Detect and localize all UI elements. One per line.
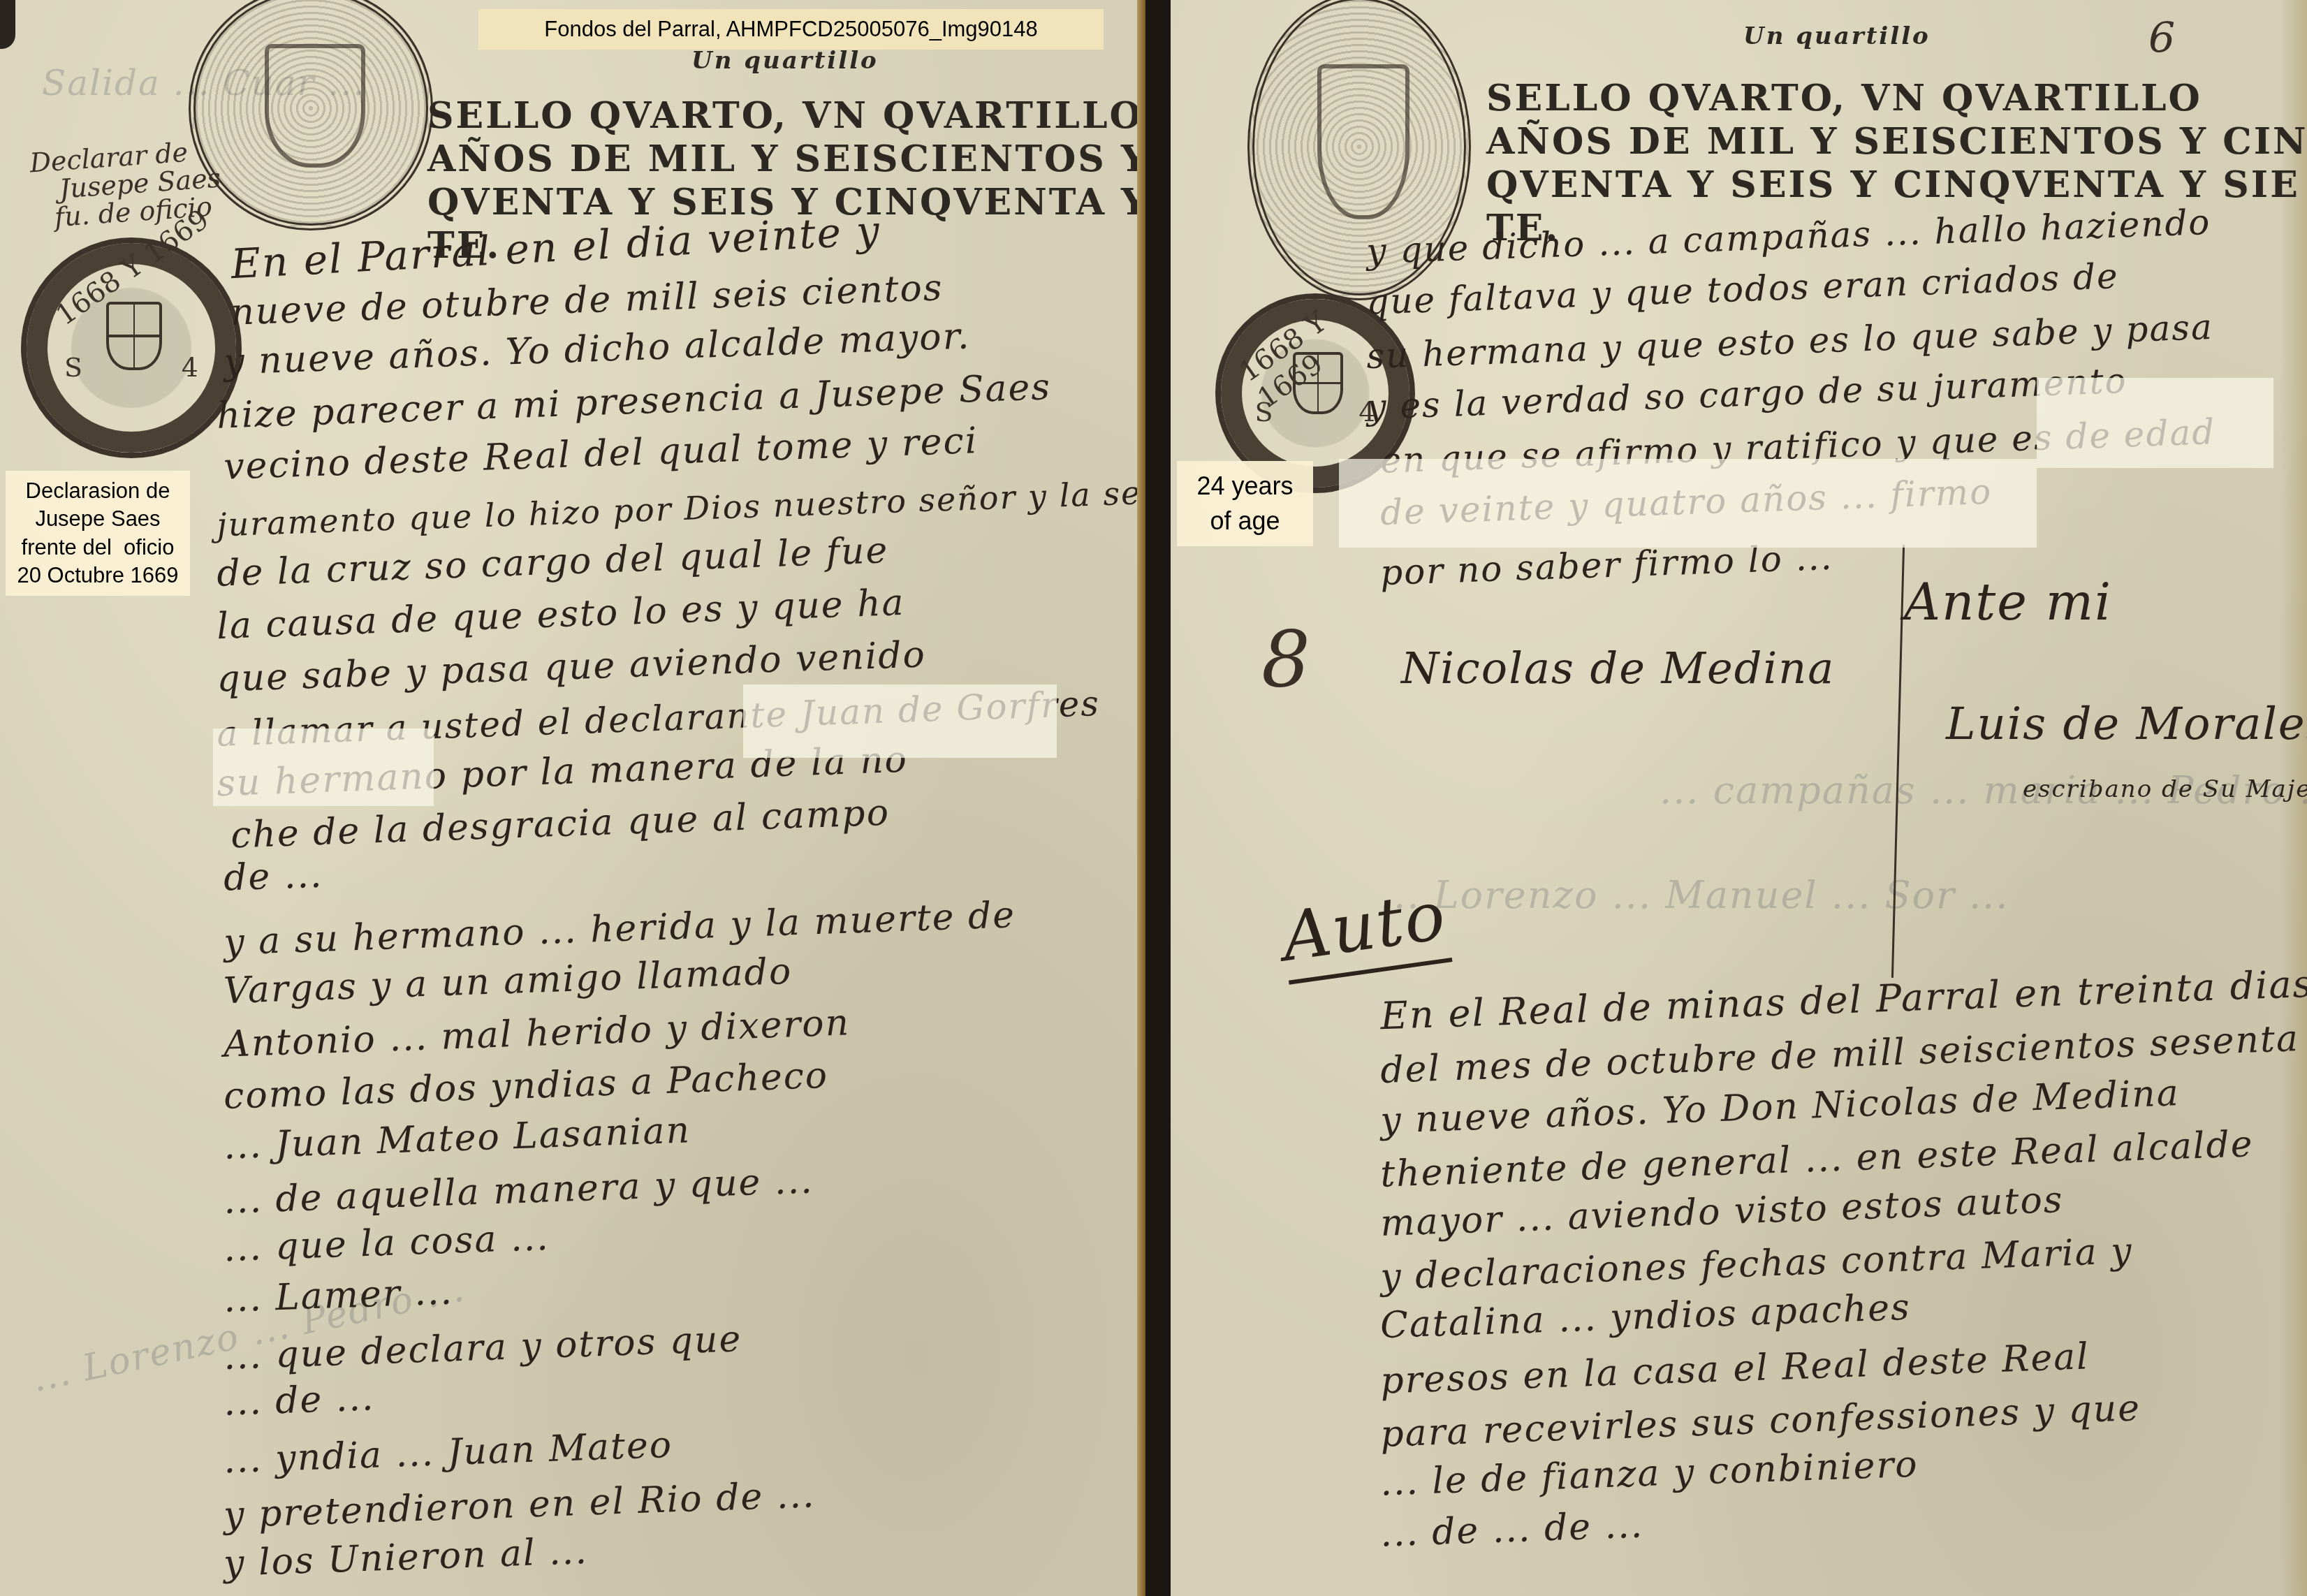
text-highlight: [213, 729, 434, 806]
signature-title: escribano de Su Majestad: [2023, 775, 2307, 803]
manuscript-line: ... yndia ... Juan Mateo: [223, 1424, 673, 1481]
manuscript-line: ... de ...: [223, 1377, 375, 1424]
manuscript-line: de ...: [223, 854, 323, 900]
book-gutter: [1145, 0, 1171, 1596]
manuscript-line: ... de ... de ...: [1379, 1504, 1644, 1555]
page-edge: [1137, 0, 1145, 1596]
signature-ante-mi: Ante mi: [1904, 573, 2112, 631]
royal-stamp-seal: [189, 0, 433, 230]
manuscript-line: como las dos yndias a Pacheco: [223, 1055, 829, 1118]
text-highlight: [2037, 378, 2273, 468]
text-highlight: [1339, 459, 2037, 548]
stamp-denomination: Un quartillo: [691, 49, 879, 73]
counter-seal: 1668 Y 1669 S 4: [21, 237, 242, 458]
right-manuscript-page: ... campañas ... maria ... Pedro ... ...…: [1171, 0, 2307, 1596]
declaration-summary-label: Declarasion de Jusepe Saes frente del of…: [6, 471, 190, 596]
signature-luis-de-morales: Luis de Morales: [1946, 698, 2307, 750]
coat-of-arms-icon: [1293, 352, 1344, 414]
folio-number: 6: [2148, 14, 2175, 63]
coat-of-arms-icon: [106, 302, 162, 370]
manuscript-line: ... Lamer ...: [223, 1271, 454, 1320]
section-heading-auto: Auto: [1277, 876, 1452, 985]
stamp-denomination: Un quartillo: [1743, 24, 1931, 48]
manuscript-line: ... Juan Mateo Lasanian: [223, 1109, 691, 1167]
source-citation-label: Fondos del Parral, AHMPFCD25005076_Img90…: [478, 9, 1104, 50]
manuscript-line: ... de aquella manera y que ...: [223, 1159, 814, 1222]
signature-nicolas-de-medina: Nicolas de Medina: [1401, 643, 1835, 694]
manuscript-line: y los Unieron al ...: [223, 1530, 588, 1585]
scan-corner-shadow: [0, 0, 15, 49]
margin-number: 8: [1261, 615, 1310, 704]
manuscript-line: y pretendieron en el Rio de ...: [223, 1474, 816, 1537]
text-highlight: [743, 684, 1057, 758]
manuscript-line: y a su hermano ... herida y la muerte de: [223, 894, 1016, 964]
age-annotation-label: 24 years of age: [1177, 461, 1313, 546]
manuscript-line: Antonio ... mal herido y dixeron: [223, 1002, 851, 1065]
manuscript-line: ... que la cosa ...: [223, 1217, 550, 1270]
bleed-through-text: ... Lorenzo ... Manuel ... Sor ...: [1380, 873, 2009, 917]
left-manuscript-page: Salida ... Cuar ... ... Lorenzo ... Pedr…: [0, 0, 1145, 1596]
